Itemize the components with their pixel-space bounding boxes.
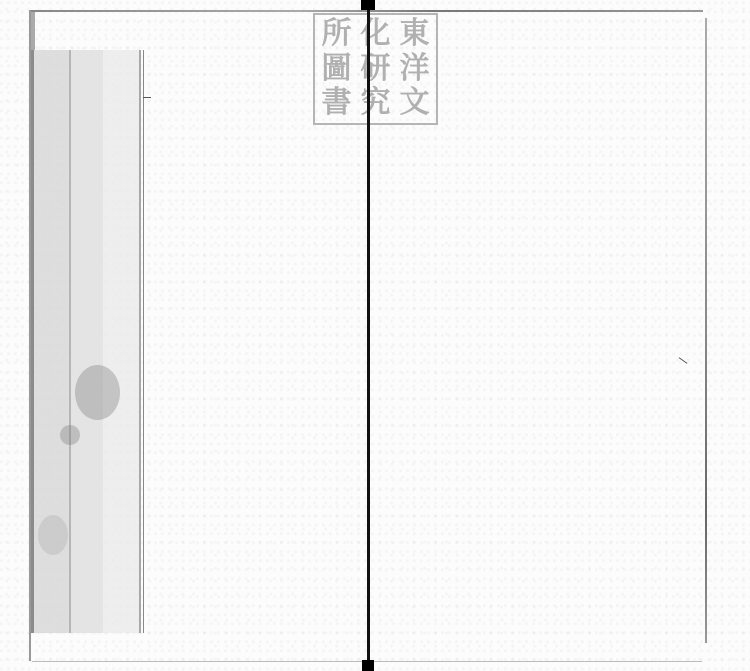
cover-edge-line [143, 50, 144, 633]
seal-char: 書 [317, 86, 356, 121]
seal-char: 研 [356, 52, 395, 87]
cover-stain [75, 365, 120, 420]
seal-char: 化 [356, 17, 395, 52]
cover-stain [38, 515, 68, 555]
seal-char: 圖 [317, 52, 356, 87]
cover-stain [60, 425, 80, 445]
scan-speck [143, 97, 151, 98]
cover-top-strip [31, 12, 35, 50]
seal-char: 洋 [395, 52, 434, 87]
spine-bottom-cap [362, 660, 374, 671]
book-right-edge [705, 18, 707, 643]
seal-char: 所 [317, 17, 356, 52]
seal-char: 文 [395, 86, 434, 121]
seal-char: 東 [395, 17, 434, 52]
spine-top-cap [361, 0, 375, 10]
library-seal-stamp: 東 洋 文 化 研 究 所 圖 書 [313, 13, 438, 125]
book-spine-gutter [367, 0, 370, 671]
seal-char: 究 [356, 86, 395, 121]
